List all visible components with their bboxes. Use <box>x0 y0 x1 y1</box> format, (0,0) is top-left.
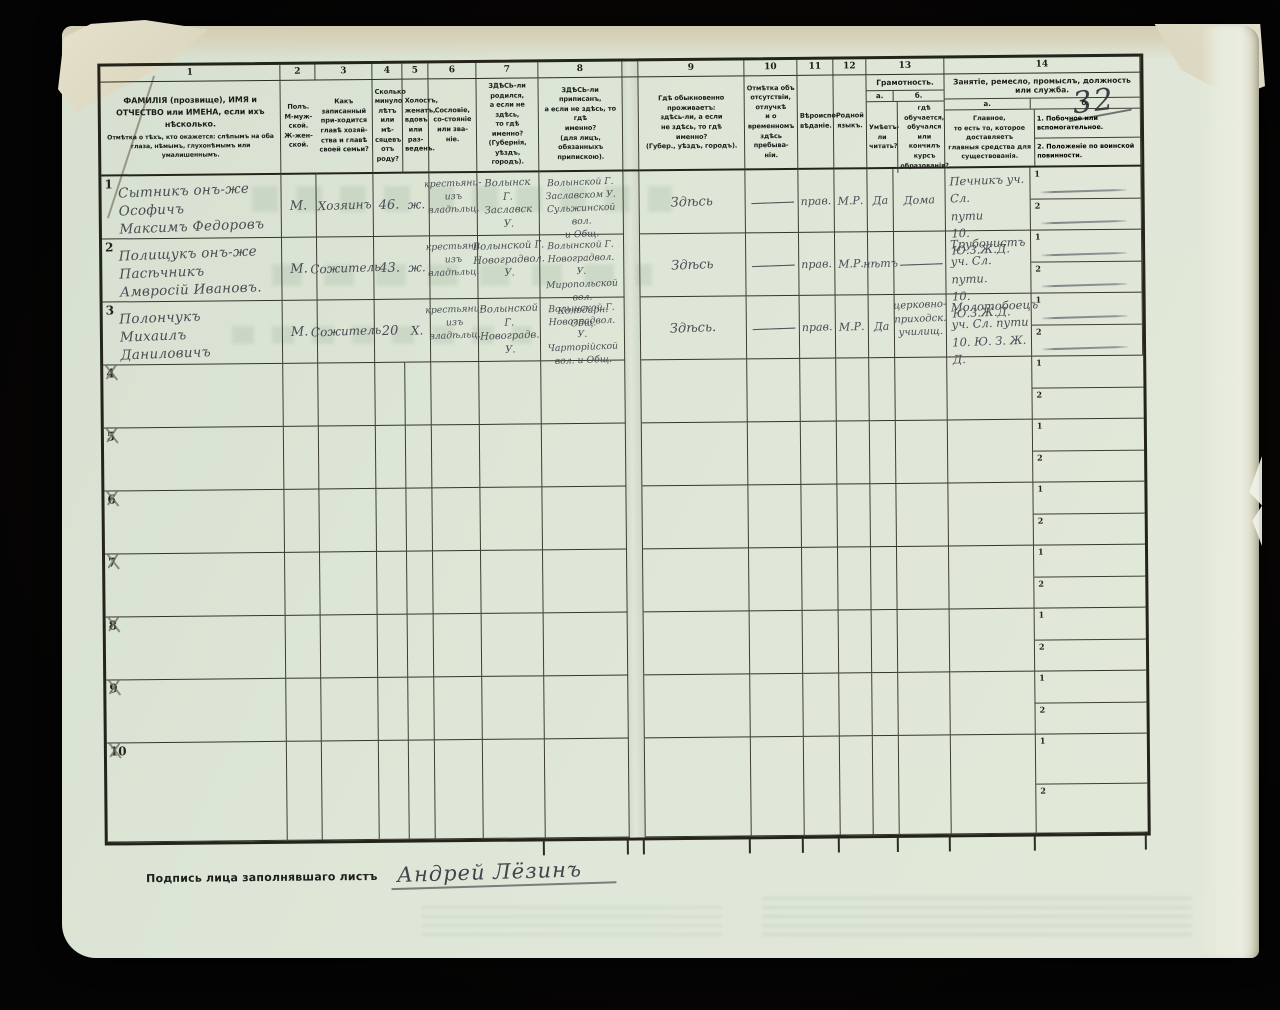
row-number: 3 <box>106 303 114 317</box>
side-occupation-2: 2 <box>1034 513 1145 545</box>
cell-empty <box>542 487 627 551</box>
cell-side-occupation: 1 2 <box>1033 482 1145 546</box>
printed-sub-number: 1 <box>1037 484 1043 494</box>
cell-language: М.Р. <box>836 295 870 358</box>
header-absence: Отмѣтка объ отсутствіи, отлучкѣ и о врем… <box>744 76 798 171</box>
header-occupation-side2: 2. Положеніе по воинской повинности. <box>1035 137 1140 166</box>
cell-side-occupation: 1 2 <box>1036 734 1148 834</box>
handwritten-value: крестьяни- изъ владѣльц. <box>424 176 483 217</box>
fold-gutter <box>622 61 638 77</box>
cell-lives: Здѣсь. <box>641 296 748 360</box>
side-occupation-1: 1 <box>1030 167 1140 200</box>
cell-empty <box>284 489 320 552</box>
col-number-13: 13 <box>866 58 944 75</box>
printed-sub-number: 1 <box>1038 547 1044 557</box>
tick-mark <box>1145 835 1147 850</box>
fold-gutter <box>627 549 644 612</box>
handwritten-dash <box>1041 251 1127 256</box>
printed-sub-number: 1 <box>1039 673 1045 683</box>
cell-empty <box>896 483 949 546</box>
col-number-11: 11 <box>797 60 833 76</box>
header-occupation-title: Занятіе, ремесло, промыслъ, должность ил… <box>944 73 1139 100</box>
cell-side-occupation: 1 2 <box>1033 419 1145 483</box>
cell-empty <box>541 361 626 425</box>
handwritten-value: Хозяинъ <box>317 197 371 213</box>
cell-empty <box>405 362 432 425</box>
cell-empty <box>407 551 434 614</box>
handwritten-value: М. <box>290 198 308 214</box>
col-number-3: 3 <box>315 64 372 81</box>
header-occupation-body: Главное, то есть то, которое доставляетъ… <box>945 109 1141 167</box>
cell-empty <box>433 551 482 614</box>
cell-empty <box>409 740 436 839</box>
col-number-12: 12 <box>833 59 866 75</box>
pencil-cross-mark <box>104 364 118 379</box>
signature: Андрей Лёзинъ <box>391 856 617 890</box>
handwritten-value: Здѣсь <box>671 257 714 274</box>
cell-empty <box>872 610 899 673</box>
cell-empty <box>951 735 1037 835</box>
cell-name-empty: 4 <box>103 364 284 429</box>
cell-empty <box>947 357 1033 421</box>
col-number-9: 9 <box>638 60 744 77</box>
handwritten-name: Полищукъ онъ-же Пасѣчникъ Амвросій Ивано… <box>118 242 279 303</box>
cell-empty <box>319 426 377 490</box>
cell-empty <box>950 609 1036 673</box>
cell-estate: крестьяни- изъ владѣльц. <box>431 299 480 362</box>
cell-side-occupation: 1 2 <box>1034 545 1146 609</box>
header-name: ФАМИЛІЯ (прозвище), ИМЯ и ОТЧЕСТВО или И… <box>100 81 281 177</box>
cell-empty <box>406 488 433 551</box>
side-occupation-1: 1 <box>1032 293 1142 326</box>
col-number-8: 8 <box>538 62 622 79</box>
cell-empty <box>869 358 896 421</box>
cell-absence: ——— <box>746 233 800 297</box>
photo-background: 32 1 2 3 4 5 6 7 8 9 10 11 12 13 14 <box>0 0 1280 1010</box>
pencil-cross-mark <box>107 679 121 694</box>
handwritten-value: 43. <box>379 260 400 276</box>
cell-empty <box>748 485 802 549</box>
printed-sub-number: 2 <box>1037 452 1043 462</box>
handwritten-value: Здѣсь <box>671 194 714 211</box>
handwritten-value: Здѣсь. <box>670 320 717 337</box>
cell-lives: Здѣсь <box>639 170 746 234</box>
tick-mark <box>838 838 840 853</box>
col-number-10: 10 <box>744 60 797 77</box>
header-literacy-body: Умѣетъ- ли читать? гдѣ обучается, обучал… <box>867 101 945 173</box>
cell-religion: прав. <box>798 170 835 233</box>
cell-empty <box>747 359 801 423</box>
cell-empty <box>319 489 377 553</box>
header-religion: Вѣроиспо- вѣданіе. <box>797 76 834 170</box>
printed-sub-number: 1 <box>1036 358 1042 368</box>
printed-sub-number: 2 <box>1036 326 1042 336</box>
handwritten-value: Волынской Г. Новоградвол. У. Чарторійско… <box>543 301 622 369</box>
cell-empty <box>840 736 874 835</box>
side-occupation-1: 1 <box>1033 419 1144 452</box>
cell-empty <box>408 677 435 740</box>
handwritten-value: прав. <box>801 257 832 271</box>
cell-age: 20 <box>375 300 406 363</box>
cell-side-occupation: 1 2 <box>1032 356 1144 420</box>
cell-name-empty: 6 <box>104 490 285 555</box>
side-occupation-1: 1 <box>1033 482 1144 515</box>
cell-side-occupation: 1 2 <box>1032 293 1144 357</box>
printed-sub-number: 1 <box>1039 610 1045 620</box>
side-occupation-2: 2 <box>1035 639 1146 671</box>
cell-empty <box>480 487 543 551</box>
side-occupation-2: 2 <box>1031 261 1141 293</box>
cell-literacy-read: Да <box>867 169 894 232</box>
col-number-4: 4 <box>372 64 402 80</box>
col-number-5: 5 <box>402 63 428 79</box>
side-occupation-1: 1 <box>1034 545 1145 578</box>
cell-empty <box>481 550 544 614</box>
header-literacy-read: Умѣетъ- ли читать? <box>867 102 898 174</box>
printed-sub-number: 2 <box>1035 200 1041 210</box>
cell-empty <box>750 611 804 675</box>
cell-empty <box>375 363 406 426</box>
cell-empty <box>285 552 321 615</box>
handwritten-value: ж. <box>408 260 426 275</box>
cell-name-empty: 9 <box>106 679 287 744</box>
cell-empty <box>870 484 897 547</box>
cell-empty <box>897 546 950 609</box>
handwritten-value: М.Р. <box>838 193 864 207</box>
tick-mark <box>897 837 899 852</box>
cell-empty <box>377 552 408 615</box>
col-number-14: 14 <box>944 57 1140 75</box>
cell-empty <box>542 424 627 488</box>
handwritten-value: Х. <box>411 323 424 337</box>
handwritten-value: прав. <box>801 194 832 208</box>
side-occupation-2: 2 <box>1033 450 1144 482</box>
cell-empty <box>283 363 319 426</box>
cell-empty <box>870 421 897 484</box>
header-occupation-a: а. <box>945 99 1030 110</box>
cell-empty <box>948 420 1034 484</box>
handwritten-value: крестьяни- изъ владѣльц. <box>425 302 484 343</box>
handwritten-value: М. <box>291 324 309 340</box>
cell-empty <box>321 615 379 679</box>
header-literacy-school: гдѣ обучается, обучался или кончилъ курс… <box>897 101 951 173</box>
side-occupation-1: 1 <box>1035 608 1146 641</box>
handwritten-dash: ——— <box>898 252 941 273</box>
cell-empty <box>287 741 323 840</box>
header-sex: Полъ. М-муж-ской. Ж-жен-ской. <box>280 81 316 175</box>
side-occupation-2: 2 <box>1032 324 1142 356</box>
cell-empty <box>482 676 545 740</box>
header-age: Сколько минуло лѣтъ или мѣ-сяцевъ отъ ро… <box>372 80 403 174</box>
cell-empty <box>286 678 322 741</box>
cell-side-occupation: 1 2 <box>1035 671 1147 735</box>
cell-empty <box>839 673 873 736</box>
cell-born: Волынск Г. Заславск У. <box>477 172 540 236</box>
cell-relation: Сожитель <box>318 300 376 364</box>
side-occupation-1: 1 <box>1032 356 1143 389</box>
printed-sub-number: 2 <box>1038 578 1044 588</box>
cell-born: Волынской Г. Новоградв. У. <box>479 298 542 362</box>
cell-empty <box>408 614 435 677</box>
cell-empty <box>839 610 873 673</box>
handwritten-name: Сытникъ онъ-же Ософичъ Максимъ Федоровъ <box>118 179 279 240</box>
handwritten-value: Сожитель <box>310 323 381 340</box>
col-number-2: 2 <box>280 65 315 81</box>
cell-empty <box>544 676 629 740</box>
cell-empty <box>837 421 871 484</box>
cell-empty <box>837 484 871 547</box>
census-table: 1 2 3 4 5 6 7 8 9 10 11 12 13 14 ФАМИЛІЯ… <box>97 54 1150 846</box>
header-occupation-side1: 1. Побочное или вспомогательное. <box>1035 109 1140 139</box>
header-literacy-a: а. <box>867 91 893 101</box>
cell-empty <box>432 425 481 488</box>
cell-empty <box>803 611 840 674</box>
cell-empty <box>804 736 841 835</box>
cell-name: 3 Полончукъ Михаилъ Даниловичъ <box>103 301 284 366</box>
cell-empty <box>406 425 433 488</box>
cell-religion: прав. <box>799 233 836 296</box>
cell-empty <box>898 609 951 672</box>
handwritten-dash: ——— <box>752 317 795 338</box>
fold-gutter <box>626 486 643 549</box>
handwritten-value: Сожитель <box>310 260 381 277</box>
cell-name-empty: 5 <box>104 427 285 492</box>
handwritten-value: Волынской Г. Заславском У. Сульжинской в… <box>542 175 621 243</box>
cell-estate: крестьяни изъ владѣльц. <box>430 236 479 299</box>
cell-empty <box>378 615 409 678</box>
cell-empty <box>642 422 749 486</box>
row-number: 2 <box>105 240 113 254</box>
census-sheet-paper: 32 1 2 3 4 5 6 7 8 9 10 11 12 13 14 <box>62 26 1259 958</box>
cell-empty <box>435 740 484 839</box>
cell-empty <box>896 420 949 483</box>
cell-empty <box>872 673 899 736</box>
pencil-cross-mark <box>105 427 119 442</box>
cell-empty <box>376 489 407 552</box>
header-literacy-title: Грамотность. <box>866 74 943 91</box>
cell-absence: ——— <box>747 296 801 360</box>
side-occupation-2: 2 <box>1032 387 1143 419</box>
cell-empty <box>376 426 407 489</box>
cell-empty <box>801 485 838 548</box>
handwritten-value: М.Р. <box>839 319 865 333</box>
handwritten-value: 20 <box>381 323 398 339</box>
tick-mark <box>749 838 751 853</box>
cell-estate: крестьяни- изъ владѣльц. <box>429 173 478 236</box>
header-name-title: ФАМИЛІЯ (прозвище), ИМЯ и ОТЧЕСТВО или И… <box>103 94 278 132</box>
cell-side-occupation: 1 2 <box>1035 608 1147 672</box>
cell-empty <box>431 362 480 425</box>
side-occupation-2: 2 <box>1034 576 1145 608</box>
tick-mark <box>1034 836 1036 851</box>
cell-empty <box>378 678 409 741</box>
fold-gutter <box>625 360 642 423</box>
cell-empty <box>748 422 802 486</box>
printed-sub-number: 2 <box>1036 389 1042 399</box>
header-occupation-side: 1. Побочное или вспомогательное. 2. Поло… <box>1034 109 1141 166</box>
header-occupation-group: Занятіе, ремесло, промыслъ, должность ил… <box>944 73 1141 169</box>
fold-gutter <box>628 612 645 675</box>
side-occupation-1: 1 <box>1036 734 1147 785</box>
printed-sub-number: 2 <box>1038 515 1044 525</box>
cell-empty <box>318 363 376 427</box>
cell-empty <box>895 357 948 420</box>
handwritten-value: 46. <box>378 197 399 213</box>
tick-mark <box>543 840 545 855</box>
cell-empty <box>480 424 543 488</box>
cell-empty <box>750 674 804 738</box>
handwritten-value: М. <box>290 261 308 277</box>
handwritten-value: Дома <box>903 193 935 207</box>
cell-empty <box>871 547 898 610</box>
cell-registered: Волынской Г. Заславском У. Сульжинской в… <box>539 172 624 236</box>
cell-occupation: Печникъ уч. Сл. пути 10. Ю.З.Ж.Д. <box>945 168 1031 232</box>
cell-born: Волынской Г. Новоградвол. У. <box>478 235 541 299</box>
cell-empty <box>434 677 483 740</box>
cell-empty <box>948 483 1034 547</box>
header-occupation-main: Главное, то есть то, которое доставляетъ… <box>945 110 1035 167</box>
handwritten-value: церковно- приходск. училищ. <box>893 298 948 340</box>
fold-gutter <box>628 675 645 738</box>
cell-religion: прав. <box>800 296 837 359</box>
cell-empty <box>645 737 752 837</box>
cell-absence: ——— <box>745 170 799 234</box>
cell-empty <box>642 485 749 549</box>
handwritten-value: нѣтъ <box>863 256 898 270</box>
cell-literacy-school: ——— <box>894 231 947 294</box>
tick-mark <box>949 836 951 851</box>
cell-relation: Хозяинъ <box>316 174 374 238</box>
printed-sub-number: 2 <box>1035 263 1041 273</box>
cell-sex: М. <box>281 174 317 237</box>
fold-gutter <box>629 738 646 837</box>
handwritten-dash <box>1042 314 1128 319</box>
signature-block: Подпись лица заполнявшаго листъ Андрей Л… <box>146 859 617 891</box>
fold-gutter <box>622 77 639 171</box>
printed-sub-number: 2 <box>1039 641 1045 651</box>
handwritten-dash <box>1042 346 1128 351</box>
tick-mark <box>802 838 804 853</box>
side-occupation-1: 1 <box>1031 230 1141 263</box>
handwritten-value: Волынской Г. Новоградв. У. <box>479 302 540 358</box>
tick-mark <box>643 839 645 854</box>
printed-sub-number: 1 <box>1035 232 1041 242</box>
cell-occupation: Молотобоецъ уч. Сл. пути 10. Ю. З. Ж. Д. <box>947 294 1033 358</box>
fold-gutter <box>623 171 640 234</box>
cell-empty <box>898 672 951 735</box>
handwritten-dash <box>1041 220 1127 225</box>
cell-empty <box>483 739 546 839</box>
cell-empty <box>899 735 952 834</box>
cell-empty <box>800 359 837 422</box>
cell-name: 2 Полищукъ онъ-же Пасѣчникъ Амвросій Ива… <box>102 238 283 303</box>
cell-name-empty: 8 <box>106 616 287 681</box>
cell-empty <box>949 546 1035 610</box>
cell-name-empty: 10 <box>107 742 288 843</box>
cell-literacy-read: Да <box>869 295 896 358</box>
side-occupation-1: 1 <box>1035 671 1146 704</box>
handwritten-value: М.Р. <box>838 256 864 270</box>
cell-empty <box>751 737 805 837</box>
cell-empty <box>482 613 545 677</box>
side-occupation-2: 2 <box>1036 783 1147 833</box>
cell-empty <box>543 550 628 614</box>
handwritten-value: Волынской Г. Новоградвол. У. <box>472 238 545 281</box>
fold-gutter <box>624 234 641 297</box>
handwritten-value: Да <box>872 193 888 207</box>
cell-side-occupation: 1 2 <box>1030 167 1142 231</box>
cell-literacy-school: церковно- приходск. училищ. <box>895 294 948 357</box>
cell-registered: Волынской Г. Новоградвол. У. Миропольско… <box>540 235 625 299</box>
handwritten-dash <box>1041 188 1127 193</box>
col-number-7: 7 <box>476 62 538 79</box>
cell-empty <box>379 741 410 840</box>
cell-empty <box>284 426 320 489</box>
pencil-cross-mark <box>105 490 119 505</box>
header-language: Родной языкъ. <box>833 75 867 169</box>
cell-name: 1 Сытникъ онъ-же Ософичъ Максимъ Федоров… <box>101 175 282 240</box>
printed-sub-number: 1 <box>1034 169 1040 179</box>
header-born: ЗДѢСЬ-ли родился, а если не здѣсь, то гд… <box>476 78 539 173</box>
cell-empty <box>873 736 900 835</box>
fold-gutter <box>626 423 643 486</box>
cell-empty <box>950 672 1036 736</box>
handwritten-value: Волынск Г. Заславск У. <box>480 176 537 232</box>
handwritten-name: Полончукъ Михаилъ Даниловичъ <box>119 305 280 366</box>
cell-literacy-read: нѣтъ <box>868 232 895 295</box>
cell-empty <box>545 739 630 839</box>
printed-sub-number: 2 <box>1039 704 1045 714</box>
cell-empty <box>644 674 751 738</box>
header-literacy-b: б. <box>893 90 944 100</box>
cell-language: М.Р. <box>834 169 868 232</box>
handwritten-dash: ——— <box>750 191 793 212</box>
printed-sub-number: 2 <box>1040 785 1046 795</box>
handwritten-dash <box>1041 283 1127 288</box>
cell-relation: Сожитель <box>317 237 375 301</box>
header-marital: Холостъ, женатъ, вдовъ или раз-веденъ. <box>402 79 429 173</box>
handwritten-value: ж. <box>407 197 425 212</box>
side-occupation-2: 2 <box>1031 198 1141 230</box>
handwritten-value: прав. <box>802 320 833 334</box>
cell-registered: Волынской Г. Новоградвол. У. Чарторійско… <box>541 298 626 362</box>
row-number: 1 <box>104 177 112 191</box>
printed-sub-number: 1 <box>1036 295 1042 305</box>
header-occupation-b: б. <box>1030 98 1140 109</box>
cell-empty <box>644 611 751 675</box>
cell-side-occupation: 1 2 <box>1031 230 1143 294</box>
cell-empty <box>434 614 483 677</box>
side-occupation-2: 2 <box>1035 702 1146 734</box>
cell-empty <box>836 358 870 421</box>
cell-empty <box>544 613 629 677</box>
header-estate: Сословіе, со-стояніе или зва-ніе. <box>428 79 477 173</box>
printed-sub-number: 1 <box>1040 736 1046 746</box>
col-number-6: 6 <box>428 63 476 79</box>
cell-empty <box>838 547 872 610</box>
cell-name-empty: 7 <box>105 553 286 618</box>
cell-age: 43. <box>374 237 405 300</box>
cell-occupation: Трубочистъ уч. Сл. пути. 10. Ю.З.Ж.Д. <box>946 231 1032 295</box>
header-lives: Гдѣ обыкновенно проживаетъ: здѣсь-ли, а … <box>638 76 745 171</box>
header-literacy-group: Грамотность. а. б. Умѣетъ- ли читать? гд… <box>866 74 945 169</box>
cell-empty <box>749 548 803 612</box>
pencil-cross-mark <box>106 553 120 568</box>
cell-empty <box>432 488 481 551</box>
handwritten-dash: ——— <box>751 254 794 275</box>
handwritten-value: Да <box>873 319 889 333</box>
header-registered: ЗДѢСЬ-ли приписанъ, а если не здѣсь, то … <box>538 78 623 173</box>
